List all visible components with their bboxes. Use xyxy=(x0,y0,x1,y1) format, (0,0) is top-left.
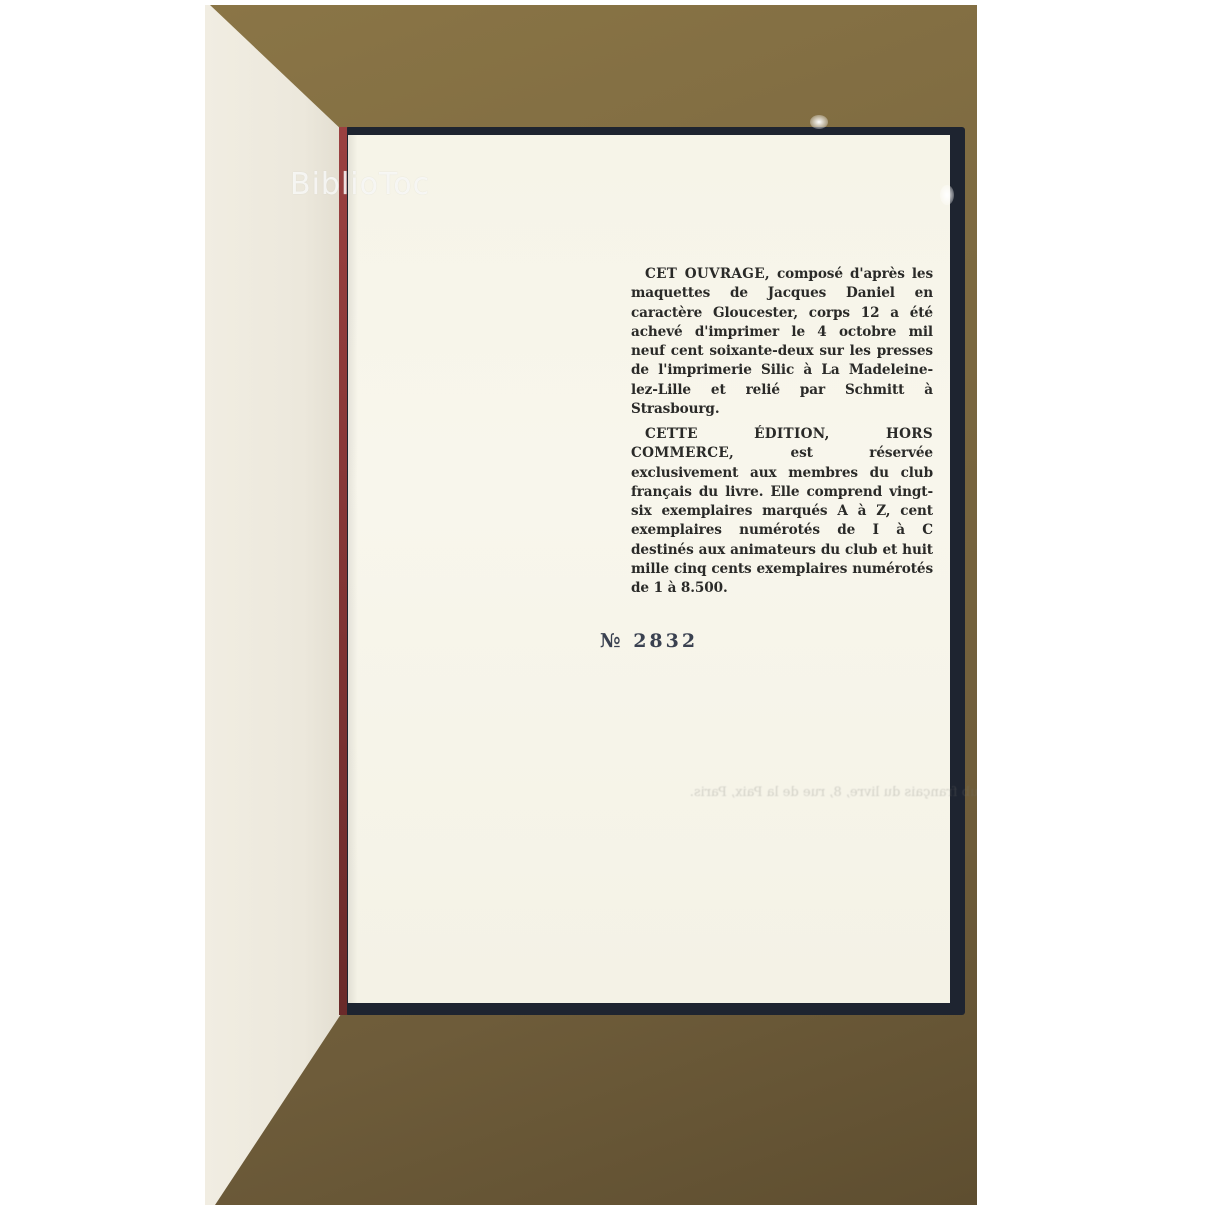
paragraph-body: composé d'après les maquettes de Jacques… xyxy=(631,266,933,417)
book-spine-edge xyxy=(339,127,347,1015)
copy-number: № 2832 xyxy=(348,630,950,652)
light-glare xyxy=(810,115,828,129)
paragraph-body: est réservée exclusivement aux membres d… xyxy=(631,445,933,596)
watermark-logo: BiblioToc xyxy=(290,167,430,202)
gutter-shadow xyxy=(348,135,358,1003)
colophon-page: CET OUVRAGE, composé d'après les maquett… xyxy=(348,135,950,1003)
show-through-text: Le club français du livre, 8, rue de la … xyxy=(610,785,977,800)
paragraph-lead: CET OUVRAGE, xyxy=(645,266,770,282)
light-glare xyxy=(940,185,954,205)
colophon-paragraph-printing: CET OUVRAGE, composé d'après les maquett… xyxy=(631,265,933,419)
book-photo: CET OUVRAGE, composé d'après les maquett… xyxy=(205,5,977,1205)
colophon-paragraph-edition: CETTE ÉDITION, HORS COMMERCE, est réserv… xyxy=(631,425,933,599)
